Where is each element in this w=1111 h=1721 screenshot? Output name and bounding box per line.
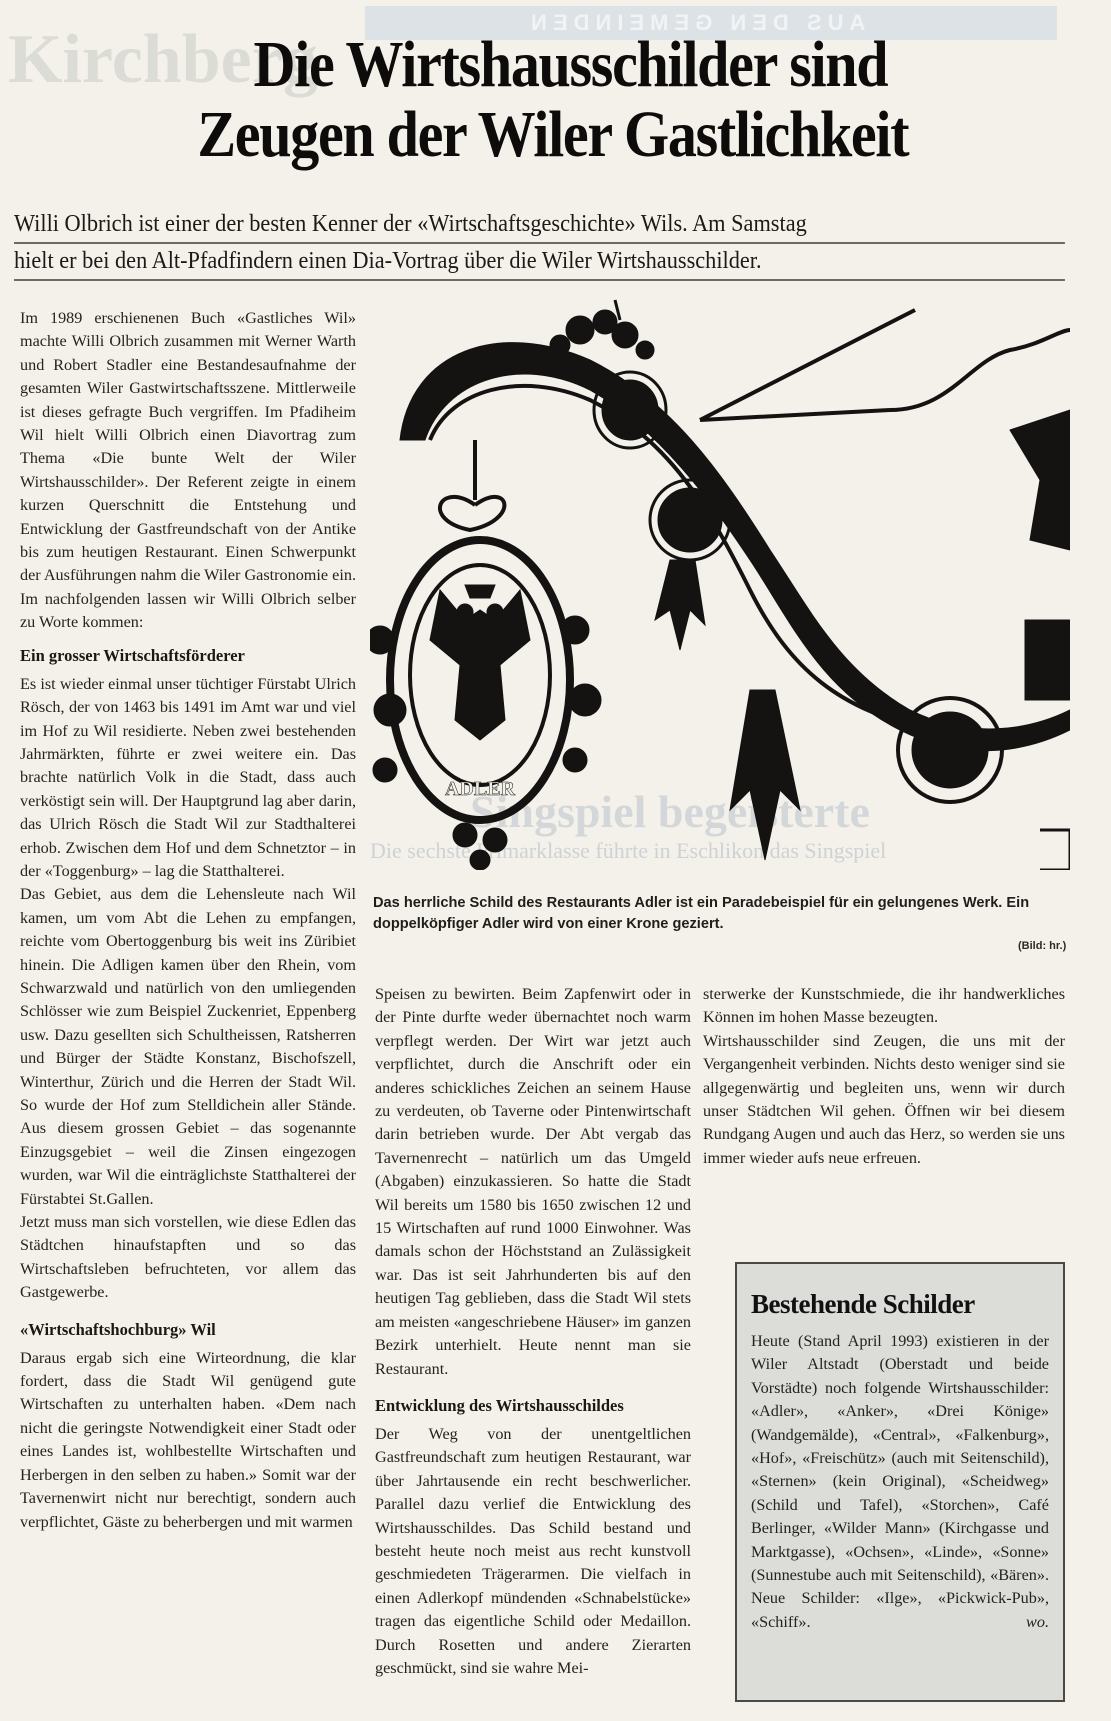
lead-line-2: hielt er bei den Alt-Pfadfindern einen D… <box>14 244 1065 281</box>
infobox-title: Bestehende Schilder <box>751 1288 1049 1320</box>
infobox-body: Heute (Stand April 1993) existieren in d… <box>751 1330 1049 1634</box>
lead-line-1: Willi Olbrich ist einer der besten Kenne… <box>14 207 1065 244</box>
body-paragraph: sterwerke der Kunstschmiede, die ihr han… <box>703 983 1065 1030</box>
article-lead: Willi Olbrich ist einer der besten Kenne… <box>14 207 1065 281</box>
body-paragraph: Wirtshausschilder sind Zeugen, die uns m… <box>703 1030 1065 1170</box>
article-column-1: Im 1989 erschienenen Buch «Gastliches Wi… <box>20 307 356 1534</box>
section-heading-wirtschaftshochburg: «Wirtschaftshochburg» Wil <box>20 1319 356 1341</box>
headline-line-2: Zeugen der Wiler Gastlichkeit <box>38 100 1068 170</box>
body-paragraph: Jetzt muss man sich vorstellen, wie dies… <box>20 1211 356 1305</box>
body-paragraph: Daraus ergab sich eine Wirteordnung, die… <box>20 1347 356 1534</box>
section-heading-entwicklung: Entwicklung des Wirtshausschildes <box>375 1395 691 1417</box>
body-paragraph: Speisen zu bewirten. Beim Zapfenwirt ode… <box>375 983 691 1381</box>
wrought-iron-sign-illustration: ADLER <box>370 290 1070 870</box>
figure-caption: Das herrliche Schild des Restaurants Adl… <box>373 893 1068 935</box>
intro-paragraph: Im 1989 erschienenen Buch «Gastliches Wi… <box>20 307 356 635</box>
photo-credit: (Bild: hr.) <box>1018 940 1066 952</box>
body-paragraph: Es ist wieder einmal unser tüchtiger Für… <box>20 673 356 884</box>
medallion-inscription: ADLER <box>445 778 516 800</box>
article-column-3: sterwerke der Kunstschmiede, die ihr han… <box>703 983 1065 1170</box>
infobox-text: Heute (Stand April 1993) existieren in d… <box>751 1332 1049 1631</box>
body-paragraph: Der Weg von der unentgeltlichen Gastfreu… <box>375 1423 691 1680</box>
article-column-2: Speisen zu bewirten. Beim Zapfenwirt ode… <box>375 983 691 1680</box>
body-paragraph: Das Gebiet, aus dem die Lehensleute nach… <box>20 883 356 1211</box>
headline-line-1: Die Wirtshausschilder sind <box>38 30 1068 100</box>
section-heading-wirtschaftsfoerderer: Ein grosser Wirtschaftsförderer <box>20 645 356 667</box>
existing-signs-box: Bestehende Schilder Heute (Stand April 1… <box>735 1262 1065 1702</box>
adler-sign-photo: ADLER <box>370 290 1070 870</box>
article-headline: Die Wirtshausschilder sind Zeugen der Wi… <box>38 30 1068 170</box>
author-signature: wo. <box>1026 1611 1049 1634</box>
